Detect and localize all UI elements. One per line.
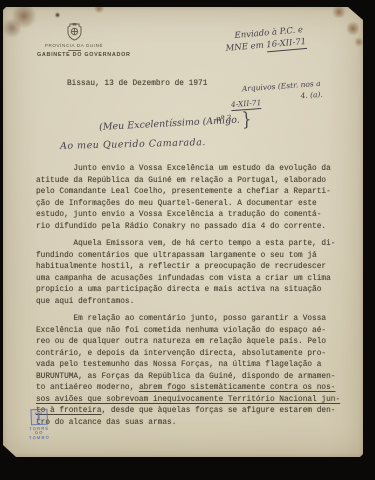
typed-line: to antiaéreo moderno, abrem fogo sistemà… [36,383,358,395]
typed-line: Em relação ao comentário junto, posso ga… [36,314,358,326]
typed-line: Junto envio a Vossa Excelência um estudo… [36,164,358,176]
brace-mark: } [241,108,252,131]
dateline: Bissau, 13 de Dezembro de 1971 [67,80,207,88]
body-text: Junto envio a Vossa Excelência um estudo… [36,164,358,435]
stain [93,4,105,13]
stain [3,17,21,39]
typed-line: tro do alcance das suas armas. [36,418,358,430]
stain [331,6,347,18]
paragraph: Aquela Emissora vem, de há certo tempo a… [36,239,358,308]
typed-line: fundindo comentários que ultrapassam lar… [36,251,358,263]
paragraph: Junto envio a Vossa Excelência um estudo… [36,164,358,233]
typed-line: pelo Comandante Leal Coelho, presentemen… [36,187,358,199]
stain [354,37,364,47]
org-name-office: GABINETE DO GOVERNADOR [37,52,111,58]
paper-sheet: PROVÍNCIA DA GUINÉ GABINETE DO GOVERNADO… [3,7,363,457]
annotation-sent-note: Enviado à P.C. e MNE em 16-XII-71 [234,25,306,53]
stain [11,3,37,29]
letterhead-rule [68,50,81,51]
typed-line: ção de Informações do meu Quartel-Genera… [36,199,358,211]
annotation-sent-date: 16-XII-71 [266,37,307,52]
stain [55,12,60,18]
scanned-letter-screenshot: { "document": { "colors": { "paper": "#d… [0,0,375,480]
typed-line: to à fronteira, desde que àquelas forças… [36,406,358,418]
typed-line: sos aviões que sobrevoam inequivocamente… [36,395,358,407]
typed-line: Aquela Emissora vem, de há certo tempo a… [36,239,358,251]
typed-line: atitude da República da Guiné em relação… [36,176,358,188]
coat-of-arms-icon [66,23,83,41]
typed-line: vada pelo testemunho das Nossa Forças, n… [36,360,358,372]
typed-line: estudo, junto envio a Vossa Excelência a… [36,210,358,222]
paragraph: Em relação ao comentário junto, posso ga… [36,314,358,429]
typed-line: BURUNTUMA, as Forças da República da Gui… [36,372,358,384]
annotation-filing-line2: 4. (a). [300,90,323,101]
stamp-initial: T [30,409,48,426]
salutation-line2: Ao meu Querido Camarada. [60,137,206,152]
typed-line: uma campanha de acusações infundadas com… [36,274,358,286]
typed-line: propício a uma participação directa e ma… [36,285,358,297]
letterhead: PROVÍNCIA DA GUINÉ GABINETE DO GOVERNADO… [37,23,111,58]
typed-line: que aqui defrontamos. [36,297,358,309]
typed-line: rio difundido pela Rádio Conakry no pass… [36,222,358,234]
typed-line: habitualmente hostil, a reflectir a preo… [36,262,358,274]
stamp-text-line3: TOMBO [22,435,56,441]
typed-line: reo ou de qualquer outra natureza em rel… [36,337,358,349]
typed-line: contrário, e depois da intervenção direc… [36,349,358,361]
stain [347,20,359,37]
org-name-province: PROVÍNCIA DA GUINÉ [37,43,111,48]
typed-line: Excelência que não foi cometida nenhuma … [36,326,358,338]
salutation-line1: (Meu Excelentíssimo (Amigo.} [99,110,252,136]
archive-stamp: T TORRE DO TOMBO [21,408,56,440]
